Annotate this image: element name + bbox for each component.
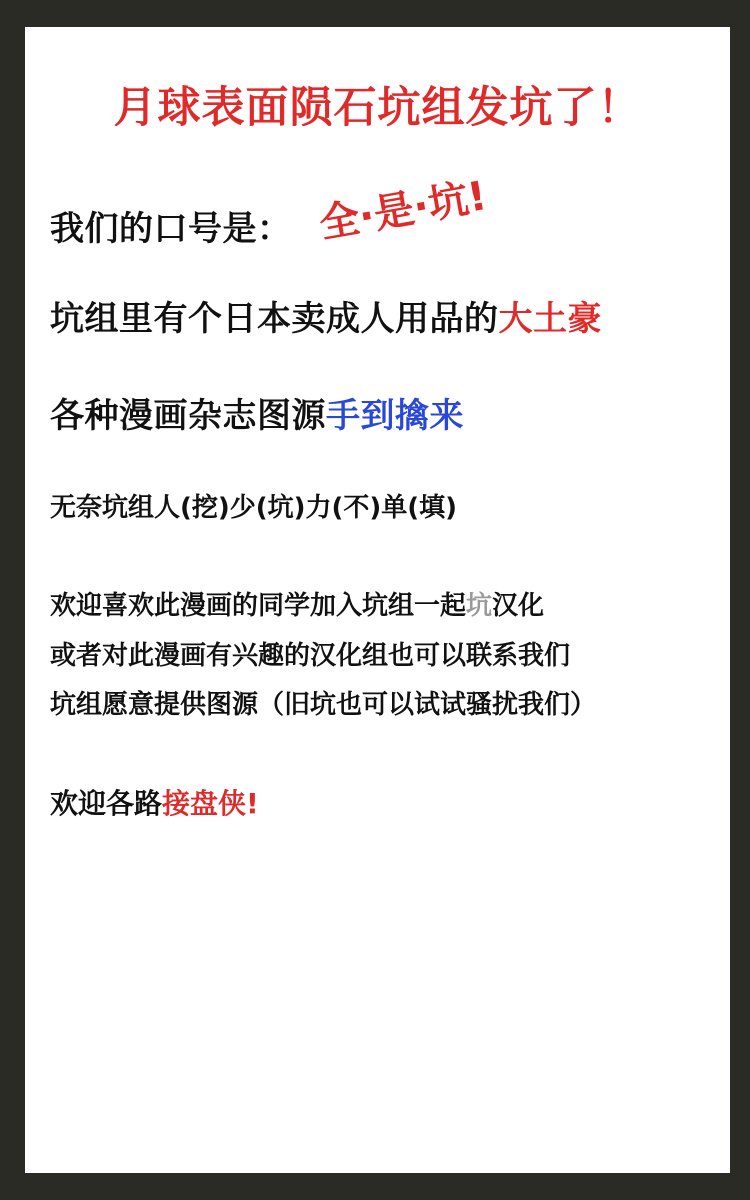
invite-row-1-gray: 坑: [466, 591, 492, 621]
raw-source-highlight: 手到擒来: [326, 396, 464, 436]
content-panel: 月球表面陨石坑组发坑了！ 我们的口号是： 全·是·坑! 坑组里有个日本卖成人用品…: [25, 27, 730, 1173]
closing-highlight: 接盘侠!: [162, 787, 259, 820]
raw-source-line: 各种漫画杂志图源手到擒来: [50, 399, 464, 433]
invite-row-2: 或者对此漫画有兴趣的汉化组也可以联系我们: [50, 643, 570, 669]
closing-text: 欢迎各路: [50, 787, 162, 820]
invite-row-3: 坑组愿意提供图源（旧坑也可以试试骚扰我们）: [50, 692, 596, 718]
slogan-value: 全·是·坑!: [317, 176, 490, 245]
invite-row-1-end: 汉化: [492, 591, 544, 621]
raw-source-text: 各种漫画杂志图源: [50, 396, 326, 436]
invite-row-1-text: 欢迎喜欢此漫画的同学加入坑组一起: [50, 591, 466, 621]
invite-row-1: 欢迎喜欢此漫画的同学加入坑组一起坑汉化: [50, 593, 544, 619]
shorthanded-line: 无奈坑组人(挖)少(坑)力(不)单(填): [50, 495, 457, 521]
slogan-label: 我们的口号是：: [50, 212, 292, 246]
rich-member-text: 坑组里有个日本卖成人用品的: [50, 299, 499, 339]
closing-line: 欢迎各路接盘侠!: [50, 790, 259, 818]
rich-member-line: 坑组里有个日本卖成人用品的大土豪: [50, 302, 602, 336]
rich-member-highlight: 大土豪: [499, 299, 603, 339]
page-title: 月球表面陨石坑组发坑了！: [25, 87, 730, 130]
